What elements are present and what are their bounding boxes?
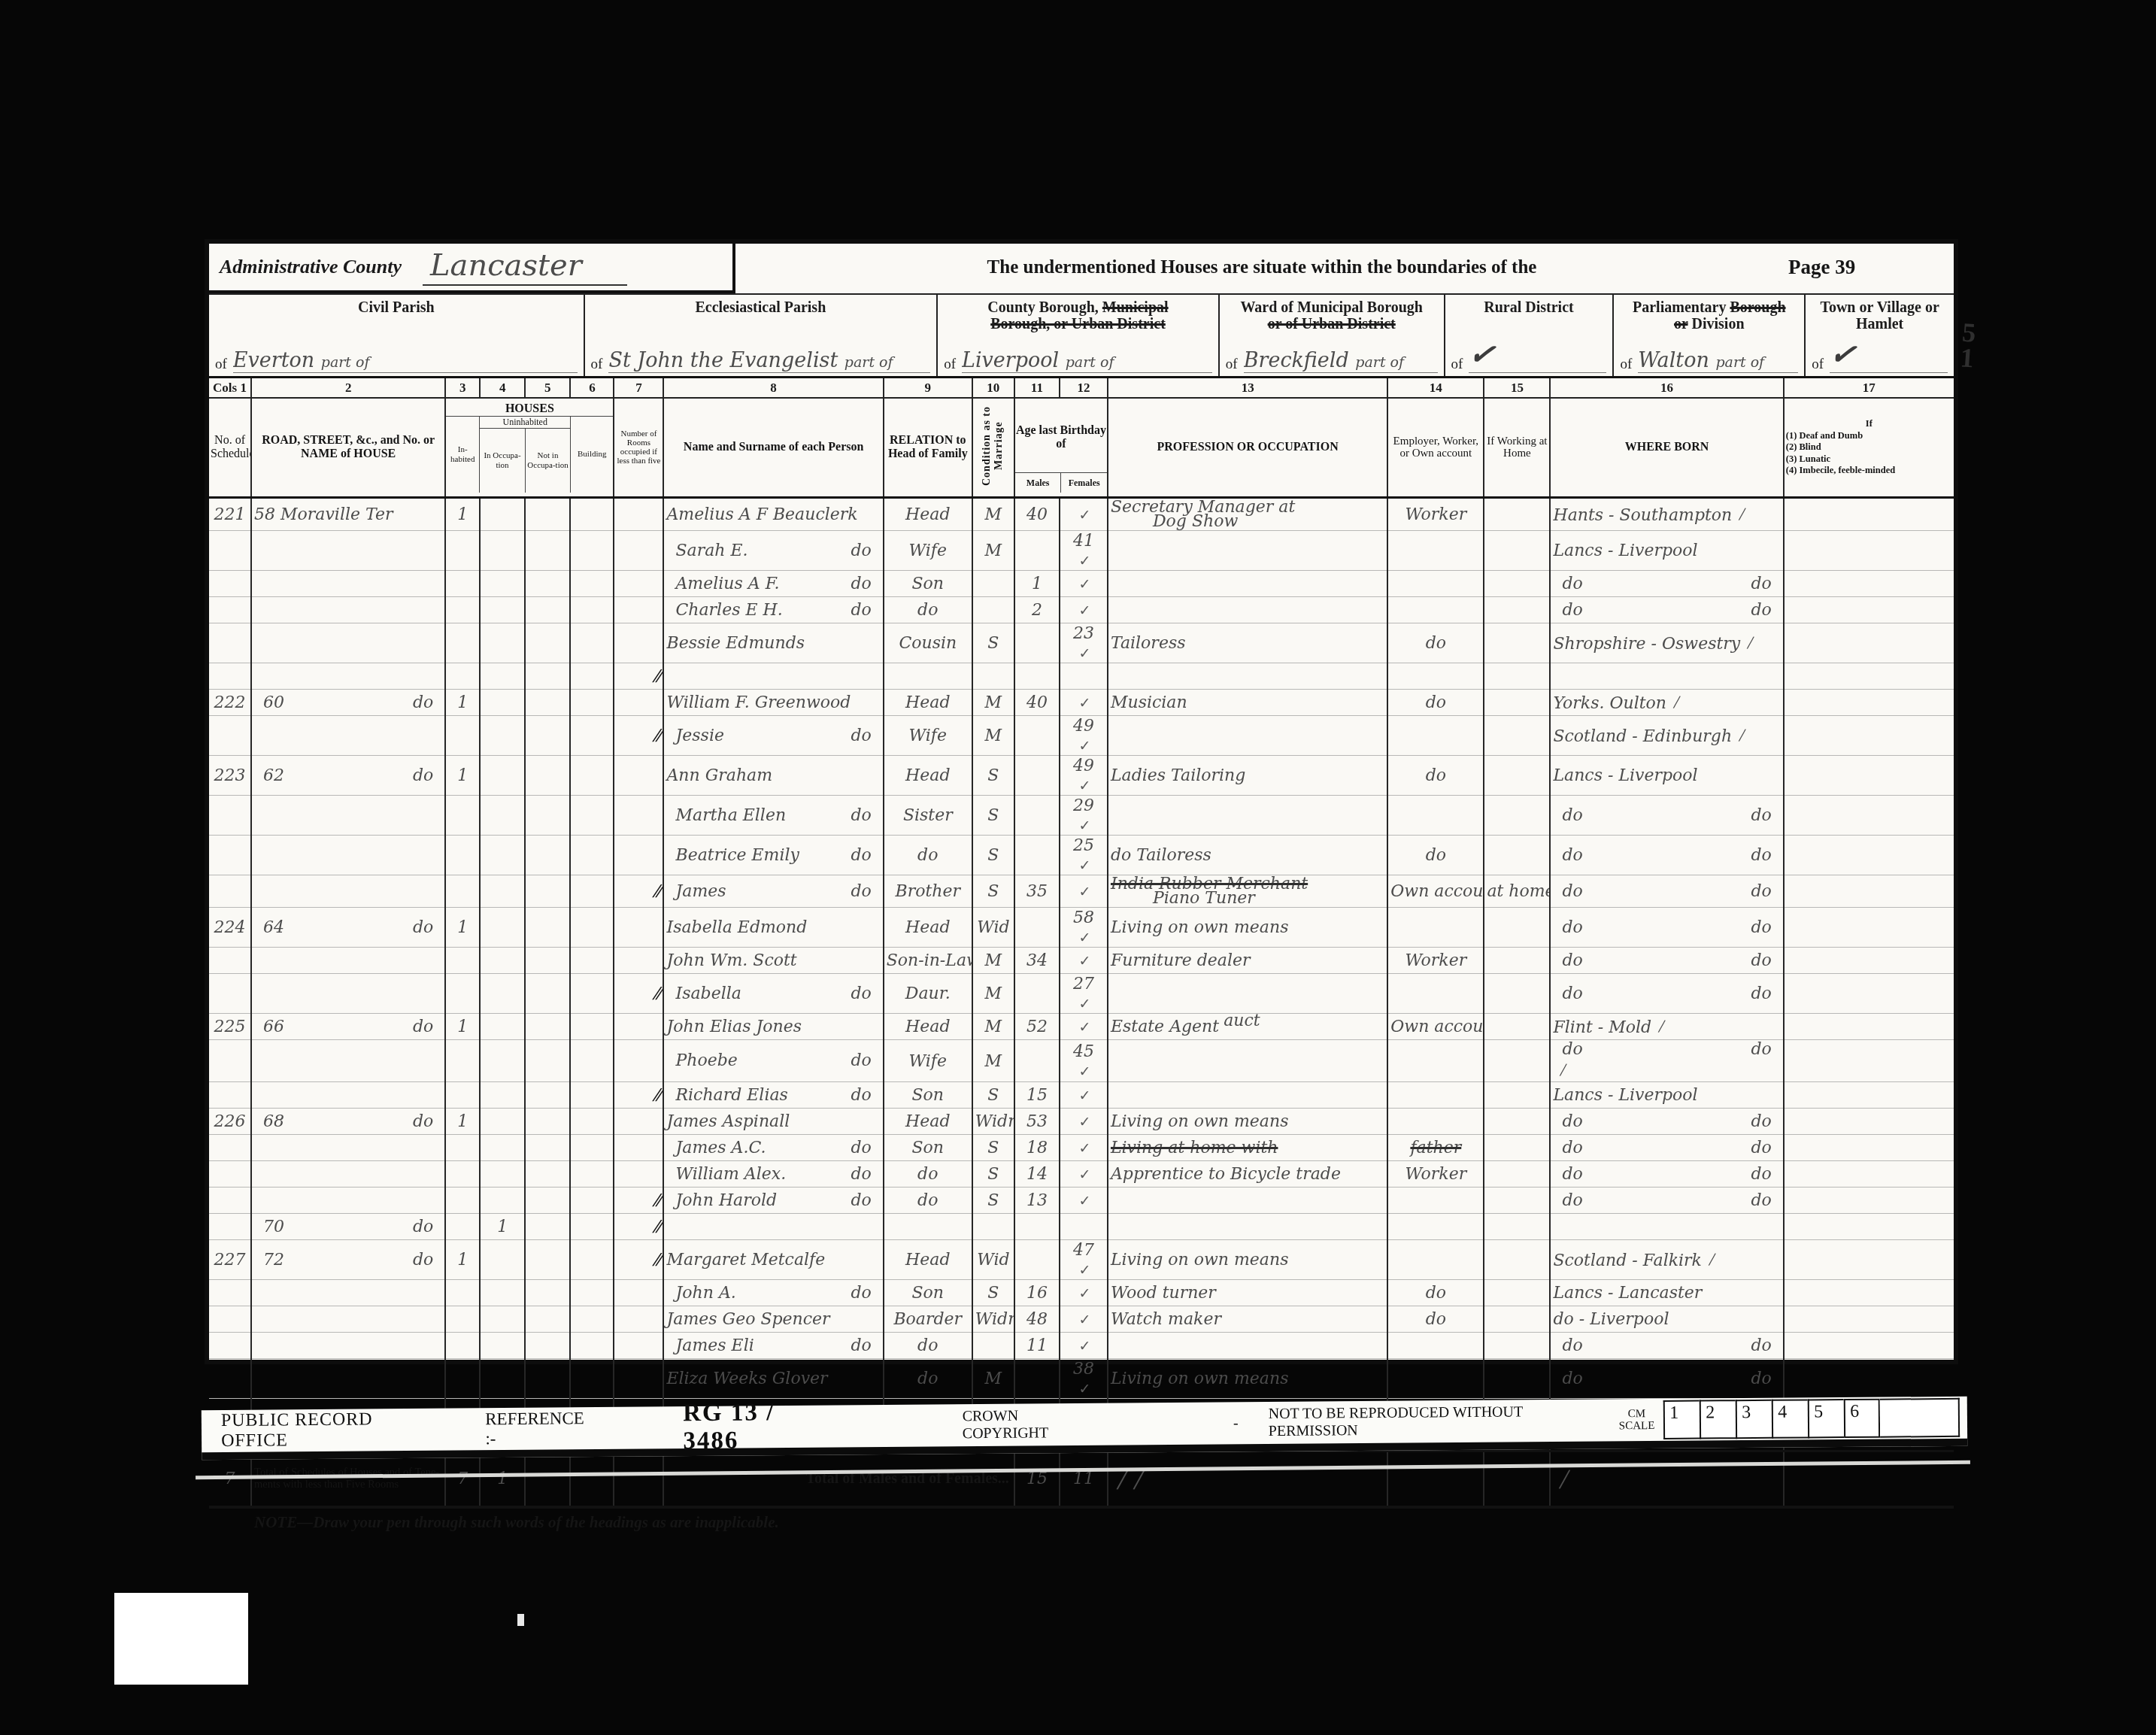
cell-text: do: [413, 1018, 433, 1036]
table-cell: [525, 1188, 570, 1214]
table-cell: [614, 1359, 663, 1399]
table-cell: [1387, 1359, 1484, 1399]
table-cell: S: [972, 1188, 1014, 1214]
table-cell: [251, 1359, 445, 1399]
cell-text: 13: [1026, 1191, 1048, 1210]
enumerator-tick: ✓: [1078, 554, 1090, 569]
table-cell: 38✓: [1060, 1359, 1108, 1399]
table-cell: [525, 1082, 570, 1109]
parish-handwritten-value: Liverpool part of: [962, 349, 1212, 373]
table-cell: Head: [884, 1109, 972, 1135]
enumerator-tick: ✓: [1078, 1194, 1090, 1209]
cell-text: Phoebe: [675, 1051, 737, 1070]
table-row: //Richard EliasdoSonS15✓Lancs - Liverpoo…: [209, 1082, 1954, 1109]
table-cell: 1: [445, 908, 480, 948]
cell-text: M: [985, 984, 1002, 1003]
table-cell: 29✓: [1060, 796, 1108, 836]
cell-text: 52: [1026, 1018, 1048, 1036]
profession-text: Ladies Tailoring: [1111, 766, 1245, 785]
cell-text: Isabella Edmond: [666, 918, 807, 937]
stamp-digit: 1: [1960, 345, 1975, 372]
employer-text: do: [1426, 634, 1446, 653]
table-cell: Son: [884, 1082, 972, 1109]
where-born-text: Shropshire - Oswestry: [1553, 635, 1740, 654]
table-cell: 40: [1014, 690, 1060, 716]
cell-text: S: [987, 882, 999, 901]
table-cell: Widr: [972, 1109, 1014, 1135]
enumerator-tick: ✓: [1078, 646, 1090, 662]
table-cell: do: [884, 1188, 972, 1214]
table-cell: M: [972, 690, 1014, 716]
header-houses: HOUSES: [446, 402, 613, 417]
born-check-mark: /: [1559, 1059, 1568, 1082]
table-cell: [1387, 1040, 1484, 1082]
cell-text: Richard Elias: [675, 1086, 787, 1105]
col-num: 4: [480, 378, 525, 398]
cell-text: Ann Graham: [666, 766, 772, 785]
table-cell: [570, 1040, 614, 1082]
cell-text: do: [851, 1336, 871, 1355]
table-cell: John Wm. Scott: [663, 948, 883, 974]
table-cell: dodo: [1550, 836, 1783, 875]
header-in-occupation: In Occupa-tion: [480, 451, 525, 469]
table-cell: dodo: [1550, 974, 1783, 1014]
table-row: PhoebedoWifeM45✓dodo/: [209, 1040, 1954, 1082]
administrative-county-label: Administrative County: [220, 256, 402, 278]
table-cell: Ladies Tailoring: [1108, 756, 1387, 796]
table-cell: [570, 597, 614, 623]
parish-handwritten-value: ✓: [1469, 335, 1606, 373]
table-cell: [1784, 836, 1954, 875]
table-cell: Eliza Weeks Glover: [663, 1359, 883, 1399]
table-cell: [570, 836, 614, 875]
table-cell: Worker: [1387, 498, 1484, 531]
table-cell: [445, 1161, 480, 1188]
cell-text: Widr: [975, 1112, 1014, 1131]
parish-field-title: Town or Village or Hamlet: [1812, 299, 1948, 332]
table-cell: [251, 948, 445, 974]
col-num: Cols 1: [209, 378, 251, 398]
table-cell: [614, 498, 663, 531]
parish-handwritten-value: Walton part of: [1638, 349, 1798, 373]
table-cell: //: [614, 663, 663, 690]
table-cell: [1484, 1188, 1550, 1214]
table-cell: [1014, 756, 1060, 796]
cell-text: do: [1751, 918, 1771, 937]
cell-text: S: [987, 766, 999, 785]
cell-text: do: [1751, 575, 1771, 593]
table-cell: Amelius A F.do: [663, 571, 883, 597]
table-cell: 2: [1014, 597, 1060, 623]
cell-text: do: [1751, 1139, 1771, 1157]
table-cell: Head: [884, 690, 972, 716]
table-cell: Watch maker: [1108, 1306, 1387, 1333]
table-cell: [209, 1280, 251, 1306]
table-cell: [1484, 836, 1550, 875]
table-cell: Secretary Manager atDog Show: [1108, 498, 1387, 531]
table-cell: [251, 531, 445, 571]
table-cell: [251, 974, 445, 1014]
table-cell: [1014, 623, 1060, 663]
header-age: Age last Birthday of: [1015, 402, 1107, 472]
table-cell: [209, 1333, 251, 1359]
table-cell: do: [884, 597, 972, 623]
header-relation: RELATION to Head of Family: [884, 398, 972, 498]
census-page: Administrative County Lancaster The unde…: [205, 239, 1958, 1364]
of-label: of: [215, 356, 227, 373]
where-born-text: Scotland - Edinburgh: [1553, 727, 1732, 746]
cell-text: do: [917, 1191, 938, 1210]
table-cell: [570, 1333, 614, 1359]
table-cell: [1108, 597, 1387, 623]
table-cell: //: [614, 716, 663, 756]
table-cell: [570, 974, 614, 1014]
table-cell: 226: [209, 1109, 251, 1135]
parish-field-title: Civil Parish: [215, 299, 578, 316]
table-cell: [209, 875, 251, 908]
table-cell: Own account: [1387, 875, 1484, 908]
table-cell: [251, 1280, 445, 1306]
table-cell: Margaret Metcalfe: [663, 1240, 883, 1280]
table-cell: Head: [884, 756, 972, 796]
table-cell: [525, 1280, 570, 1306]
enumerator-tick: ✓: [1078, 930, 1090, 946]
table-cell: ✓: [1060, 1135, 1108, 1161]
cell-text: 1: [457, 766, 468, 785]
table-cell: Head: [884, 1240, 972, 1280]
table-cell: [251, 1188, 445, 1214]
table-cell: [525, 623, 570, 663]
cell-text: do: [917, 1336, 938, 1355]
table-cell: [972, 597, 1014, 623]
table-cell: [445, 796, 480, 836]
enumerator-tick: ✓: [1078, 508, 1090, 523]
table-cell: [209, 1040, 251, 1082]
table-cell: ✓: [1060, 1333, 1108, 1359]
table-cell: ✓: [1060, 1280, 1108, 1306]
scale-box: 6: [1844, 1399, 1880, 1438]
totals-empty: [525, 1451, 570, 1507]
table-cell: Scotland - Falkirk/: [1550, 1240, 1783, 1280]
parish-title-text: or of Urban District: [1268, 316, 1396, 332]
cell-text: Wid: [977, 918, 1009, 937]
table-cell: [1784, 756, 1954, 796]
where-born-text: Scotland - Falkirk: [1553, 1251, 1701, 1270]
table-cell: [525, 948, 570, 974]
table-cell: 52: [1014, 1014, 1060, 1040]
table-cell: ✓: [1060, 1014, 1108, 1040]
table-cell: [1784, 1333, 1954, 1359]
table-cell: Jessiedo: [663, 716, 883, 756]
table-cell: 1: [445, 1109, 480, 1135]
table-cell: [1014, 1240, 1060, 1280]
table-cell: [525, 1014, 570, 1040]
profession-text: Wood turner: [1111, 1284, 1216, 1303]
enumerator-tick: ✓: [1078, 1263, 1090, 1279]
cell-text: do: [1562, 1112, 1582, 1131]
enumerator-tick: ✓: [1078, 1064, 1090, 1080]
part-of-suffix: part of: [1715, 354, 1764, 371]
table-cell: [1484, 948, 1550, 974]
table-cell: Son: [884, 1280, 972, 1306]
table-cell: India Rubber MerchantPiano Tuner: [1108, 875, 1387, 908]
table-cell: 225: [209, 1014, 251, 1040]
table-cell: S: [972, 1082, 1014, 1109]
header-rooms: Number of Rooms occupied if less than fi…: [614, 398, 663, 498]
table-cell: [1484, 571, 1550, 597]
cell-text: Cousin: [899, 634, 957, 653]
table-cell: [480, 1240, 525, 1280]
table-cell: [445, 1040, 480, 1082]
cell-text: 14: [1026, 1165, 1048, 1184]
table-cell: [525, 1161, 570, 1188]
table-cell: 34: [1014, 948, 1060, 974]
table-cell: //: [614, 875, 663, 908]
cell-text: Bessie Edmunds: [666, 634, 805, 653]
cell-text: John Elias Jones: [666, 1018, 801, 1036]
profession-text: Living at home with: [1111, 1139, 1278, 1157]
table-cell: [1484, 1240, 1550, 1280]
employer-text: do: [1426, 846, 1446, 865]
table-cell: [1784, 716, 1954, 756]
table-cell: [1484, 1014, 1550, 1040]
table-cell: dodo: [1550, 908, 1783, 948]
table-cell: 16: [1014, 1280, 1060, 1306]
of-label: of: [1620, 356, 1632, 373]
enumerator-tick: ✓: [1078, 696, 1090, 711]
table-cell: Living on own means: [1108, 908, 1387, 948]
cell-text: John Wm. Scott: [666, 951, 796, 970]
cell-text: do: [1751, 951, 1771, 970]
table-cell: [1484, 1280, 1550, 1306]
cell-text: do: [851, 601, 871, 620]
table-cell: 223: [209, 756, 251, 796]
cell-text: do: [851, 541, 871, 560]
table-cell: Wid: [972, 908, 1014, 948]
cell-text: do: [413, 693, 433, 712]
table-cell: [525, 498, 570, 531]
cell-text: do: [851, 1051, 871, 1070]
where-born-text: Lancs - Liverpool: [1553, 1086, 1697, 1105]
table-cell: [445, 836, 480, 875]
table-row: 22772do1//Margaret MetcalfeHeadWid47✓Liv…: [209, 1240, 1954, 1280]
table-cell: 13: [1014, 1188, 1060, 1214]
employer-text: do: [1426, 1284, 1446, 1303]
employer-text: Own account: [1390, 882, 1484, 901]
parish-title-text: Civil Parish: [358, 299, 435, 316]
cell-text: John A.: [675, 1284, 735, 1303]
table-row: John Wm. ScottSon-in-LawM34✓Furniture de…: [209, 948, 1954, 974]
table-cell: [1014, 531, 1060, 571]
cell-text: 53: [1026, 1112, 1048, 1131]
table-cell: Isabellado: [663, 974, 883, 1014]
table-cell: [570, 1082, 614, 1109]
table-cell: [525, 1306, 570, 1333]
table-cell: [209, 836, 251, 875]
table-cell: [1060, 663, 1108, 690]
parish-title-text: Town or Village or Hamlet: [1820, 299, 1939, 332]
table-cell: [480, 875, 525, 908]
of-label: of: [1226, 356, 1238, 373]
table-cell: [209, 1359, 251, 1399]
table-cell: [1014, 1359, 1060, 1399]
table-cell: [480, 571, 525, 597]
where-born-text: Lancs - Liverpool: [1553, 541, 1697, 560]
table-row: Charles E H.dodo2✓dodo: [209, 597, 1954, 623]
table-cell: ✓: [1060, 1306, 1108, 1333]
table-cell: [1484, 498, 1550, 531]
cell-text: do: [413, 1218, 433, 1236]
table-cell: Isabella Edmond: [663, 908, 883, 948]
table-cell: S: [972, 1161, 1014, 1188]
cell-text: do: [1562, 1369, 1582, 1388]
cell-text: do: [1751, 846, 1771, 865]
profession-text: do Tailoress: [1111, 846, 1211, 865]
table-cell: dodo: [1550, 1109, 1783, 1135]
table-cell: 222: [209, 690, 251, 716]
table-cell: [1387, 796, 1484, 836]
cell-text: Son: [912, 1284, 945, 1303]
enumerator-tick: ✓: [1078, 1141, 1090, 1157]
table-cell: Bessie Edmunds: [663, 623, 883, 663]
table-cell: [1484, 908, 1550, 948]
where-born-text: do - Liverpool: [1553, 1310, 1669, 1329]
header-houses-group: HOUSES In-habited Uninhabited In Occupa-…: [445, 398, 614, 498]
table-cell: [614, 571, 663, 597]
cell-text: 25: [1073, 836, 1094, 855]
table-cell: [445, 1333, 480, 1359]
cell-text: do: [917, 1369, 938, 1388]
parish-field-value: ofBreckfield part of: [1226, 349, 1438, 373]
table-cell: [445, 1135, 480, 1161]
born-check-mark: /: [1672, 691, 1681, 714]
enumerator-tick: ✓: [1078, 577, 1090, 593]
table-row: 22260do1William F. GreenwoodHeadM40✓Musi…: [209, 690, 1954, 716]
cell-text: do: [917, 846, 938, 865]
enumerator-tick: ✓: [1078, 1115, 1090, 1130]
table-cell: [1387, 974, 1484, 1014]
table-cell: Richard Eliasdo: [663, 1082, 883, 1109]
table-cell: [480, 1040, 525, 1082]
profession-text: Living on own means: [1111, 1112, 1288, 1131]
totals-males-females-label: Total of Males and of Females...: [663, 1451, 1014, 1507]
reference-number: RG 13 / 3486: [683, 1399, 820, 1455]
table-cell: [884, 663, 972, 690]
cell-text: do: [1562, 1040, 1582, 1059]
of-label: of: [1451, 356, 1463, 373]
parish-field: Civil ParishofEverton part of: [209, 295, 585, 376]
cell-text: Head: [905, 766, 950, 785]
cell-text: James Aspinall: [666, 1112, 790, 1131]
table-cell: [1784, 948, 1954, 974]
table-cell: [1784, 690, 1954, 716]
born-check-mark: /: [1738, 503, 1747, 526]
table-cell: S: [972, 875, 1014, 908]
enumerator-tick: ✓: [1078, 818, 1090, 834]
parish-title-text: Municipal: [1102, 299, 1169, 316]
table-cell: ✓: [1060, 1188, 1108, 1214]
table-cell: [480, 1359, 525, 1399]
table-cell: do - Liverpool: [1550, 1306, 1783, 1333]
cell-text: Widr: [975, 1310, 1014, 1329]
where-born-text: Flint - Mold: [1553, 1018, 1651, 1037]
table-cell: [525, 531, 570, 571]
table-cell: William Alex.do: [663, 1161, 883, 1188]
cell-text: John Harold: [675, 1191, 777, 1210]
parish-field-value: of✓: [1812, 335, 1948, 373]
cell-text: Amelius A F.: [675, 575, 779, 593]
scale-box: 5: [1808, 1399, 1844, 1438]
column-headers-row: No. of Schedule ROAD, STREET, &c., and N…: [209, 398, 1954, 498]
cell-text: do: [851, 984, 871, 1003]
table-row: //John HarolddodoS13✓dodo: [209, 1188, 1954, 1214]
table-cell: [1784, 597, 1954, 623]
cm-scale-ruler: 123456: [1663, 1399, 1880, 1439]
table-cell: John Elias Jones: [663, 1014, 883, 1040]
cell-text: Margaret Metcalfe: [666, 1251, 825, 1269]
table-cell: [570, 571, 614, 597]
parish-handwritten-value: Everton part of: [233, 349, 578, 373]
census-rows: 22158 Moraville Ter1Amelius A F Beaucler…: [209, 498, 1954, 1451]
cell-text: do: [1751, 882, 1771, 901]
table-cell: [251, 1135, 445, 1161]
table-cell: [525, 875, 570, 908]
col-num: 15: [1484, 378, 1550, 398]
table-cell: [1484, 1214, 1550, 1240]
table-cell: M: [972, 1359, 1014, 1399]
table-cell: [480, 836, 525, 875]
reference-label: REFERENCE :-: [485, 1409, 585, 1448]
table-cell: M: [972, 974, 1014, 1014]
cell-text: 15: [1026, 1086, 1048, 1105]
cell-text: 49: [1073, 717, 1094, 736]
table-cell: [480, 1014, 525, 1040]
col-num: 11: [1014, 378, 1060, 398]
parish-field: County Borough, MunicipalBorough, or Urb…: [938, 295, 1220, 376]
cell-text: 1: [457, 1112, 468, 1131]
table-cell: Musician: [1108, 690, 1387, 716]
table-cell: [445, 663, 480, 690]
where-born-text: Hants - Southampton: [1553, 506, 1732, 525]
table-cell: [614, 1109, 663, 1135]
table-cell: Head: [884, 1014, 972, 1040]
cell-text: 60: [263, 693, 284, 712]
table-cell: ✓: [1060, 498, 1108, 531]
totals-empty: /: [1550, 1451, 1783, 1507]
table-cell: [884, 1214, 972, 1240]
table-cell: 227: [209, 1240, 251, 1280]
table-cell: dodo: [1550, 948, 1783, 974]
parish-field-title: County Borough, MunicipalBorough, or Urb…: [944, 299, 1212, 332]
scale-box: 1: [1663, 1400, 1700, 1439]
table-cell: [570, 690, 614, 716]
part-of-suffix: part of: [1066, 354, 1114, 371]
cell-text: 23: [1073, 624, 1094, 643]
cell-text: Boarder: [893, 1310, 962, 1329]
cell-text: Brother: [896, 882, 960, 901]
census-totals: 7 Total of Schedules of Houses and of Te…: [209, 1451, 1954, 1507]
cell-text: Son: [912, 1139, 945, 1157]
of-label: of: [944, 356, 956, 373]
parish-title-text: Parliamentary: [1633, 299, 1730, 316]
table-cell: [525, 796, 570, 836]
table-cell: [480, 623, 525, 663]
table-cell: [525, 597, 570, 623]
table-cell: [1014, 796, 1060, 836]
employer-text: do: [1426, 693, 1446, 712]
enumerator-tally-mark: //: [650, 1248, 663, 1271]
administrative-county-value: Lancaster: [423, 248, 627, 286]
